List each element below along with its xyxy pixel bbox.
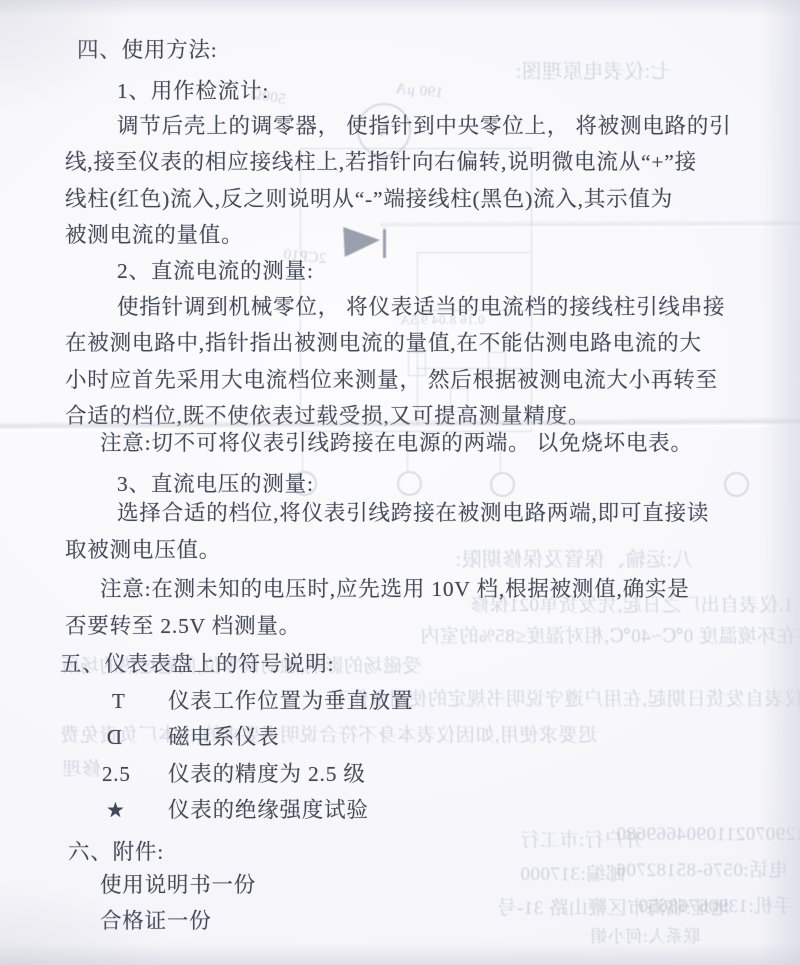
paragraph-line: 线柱(红色)流入,反之则说明从“-”端接线柱(黑色)流入,其示值为 xyxy=(65,189,673,211)
page-edge-shadow xyxy=(0,943,800,965)
accessory-item: 使用说明书一份 xyxy=(100,875,256,897)
page-edge-shadow xyxy=(760,0,800,965)
bleed-label-current: 190 μA xyxy=(394,82,443,102)
bleed-storage-line: 修理 xyxy=(62,760,101,779)
paragraph-line: 线,接至仪表的相应接线柱上,若指针向右偏转,说明微电流从“+”接 xyxy=(65,152,697,174)
page-edge-shadow xyxy=(0,0,800,16)
section-heading-usage: 四、使用方法: xyxy=(77,40,218,62)
bleed-terminal-circle xyxy=(490,472,515,497)
bleed-circuit-wire xyxy=(417,252,530,253)
fold-crease xyxy=(380,219,800,231)
bleed-contact-line: 账号:1290702110904669680 xyxy=(616,825,800,844)
paragraph-line: 调节后壳上的调零器， 使指针到中央零位上， 将被测电路的引 xyxy=(117,116,731,138)
paragraph-line: 合适的档位,既不使依表过载受损,又可提高测量精度。 xyxy=(65,406,590,428)
paragraph-line: 选择合适的档位,将仪表引线跨接在被测电路两端,即可直接读 xyxy=(117,503,709,525)
symbol-vertical-position: T xyxy=(112,691,126,712)
subsection-heading-dc-current: 2、直流电流的测量: xyxy=(117,261,314,283)
bleed-terminal-circle xyxy=(397,471,422,496)
bleed-contact-line: 手机:13906768650 xyxy=(638,897,793,916)
bleed-contact-line: 地址:临海市区鞭山路 31-号 xyxy=(497,899,730,918)
bleed-contact-line: 邮编:317000 xyxy=(520,865,625,884)
subsection-heading-galvanometer: 1、用作检流计: xyxy=(117,81,269,103)
scanned-manual-page: { "doc": { "s4": { "heading": "四、使用方法:" … xyxy=(0,0,800,965)
paragraph-line: 被测电流的量值。 xyxy=(65,225,243,247)
paragraph-line: 使指针调到机械零位， 将仪表适当的电流档的接线柱引线串接 xyxy=(117,297,725,319)
bleed-terminal-circle xyxy=(724,472,749,497)
bleed-contact-line: 开户行:市工行 xyxy=(520,831,643,850)
bleed-storage-line: 八:运输、保管及保修期限: xyxy=(455,550,693,570)
section-heading-accessories: 六、附件: xyxy=(68,842,164,864)
note-line: 注意:在测未知的电压时,应先选用 10V 档,根据被测值,确实是 xyxy=(100,579,690,601)
symbol-desc: 仪表的精度为 2.5 级 xyxy=(168,764,366,786)
symbol-desc: 磁电系仪表 xyxy=(168,727,280,749)
symbol-desc: 仪表的绝缘强度试验 xyxy=(168,800,369,822)
bleed-contact-line: 电话:0576-85182706 xyxy=(616,861,788,880)
bleed-contact-line: 联系人:何小娟 xyxy=(590,928,700,945)
subsection-heading-dc-voltage: 3、直流电压的测量: xyxy=(117,474,314,496)
section-heading-symbols: 五、仪表表盘上的符号说明: xyxy=(60,654,334,676)
paragraph-line: 小时应首先采用大电流档位来测量， 然后根据被测电流大小再转至 xyxy=(65,370,718,392)
paragraph-line: 在被测电路中,指针指出被测电流的量值,在不能估测电路电流的大 xyxy=(65,333,702,355)
accessory-item: 合格证一份 xyxy=(100,911,212,933)
bleed-storage-line: 2.仪表应贮存在环境温度 0℃~40℃,相对湿度≤85%的室内 xyxy=(420,627,800,646)
bleed-diode-bar xyxy=(383,228,386,258)
paragraph-line: 取被测电压值。 xyxy=(65,540,221,562)
bleed-circuit-heading: 七:仪表电原理图: xyxy=(515,62,671,82)
note-line: 注意:切不可将仪表引线跨接在电源的两端。 以免烧坏电表。 xyxy=(100,433,693,455)
symbol-accuracy-class: 2.5 xyxy=(102,764,131,785)
note-line: 否要转至 2.5V 档测量。 xyxy=(65,616,301,638)
symbol-desc: 仪表工作位置为垂直放置 xyxy=(168,691,413,713)
symbol-insulation-star: ★ xyxy=(106,800,126,821)
symbol-moving-coil: D xyxy=(106,727,122,748)
bleed-storage-line: 迟要求使用,如因仪表本身不符合说明书要求的,由本厂负责免费 xyxy=(60,726,597,745)
page-background: 七:仪表电原理图: 190 μA 500Ω 2CP10 0.16 8.04 9.… xyxy=(0,0,800,965)
bleed-diode-symbol xyxy=(343,225,381,257)
